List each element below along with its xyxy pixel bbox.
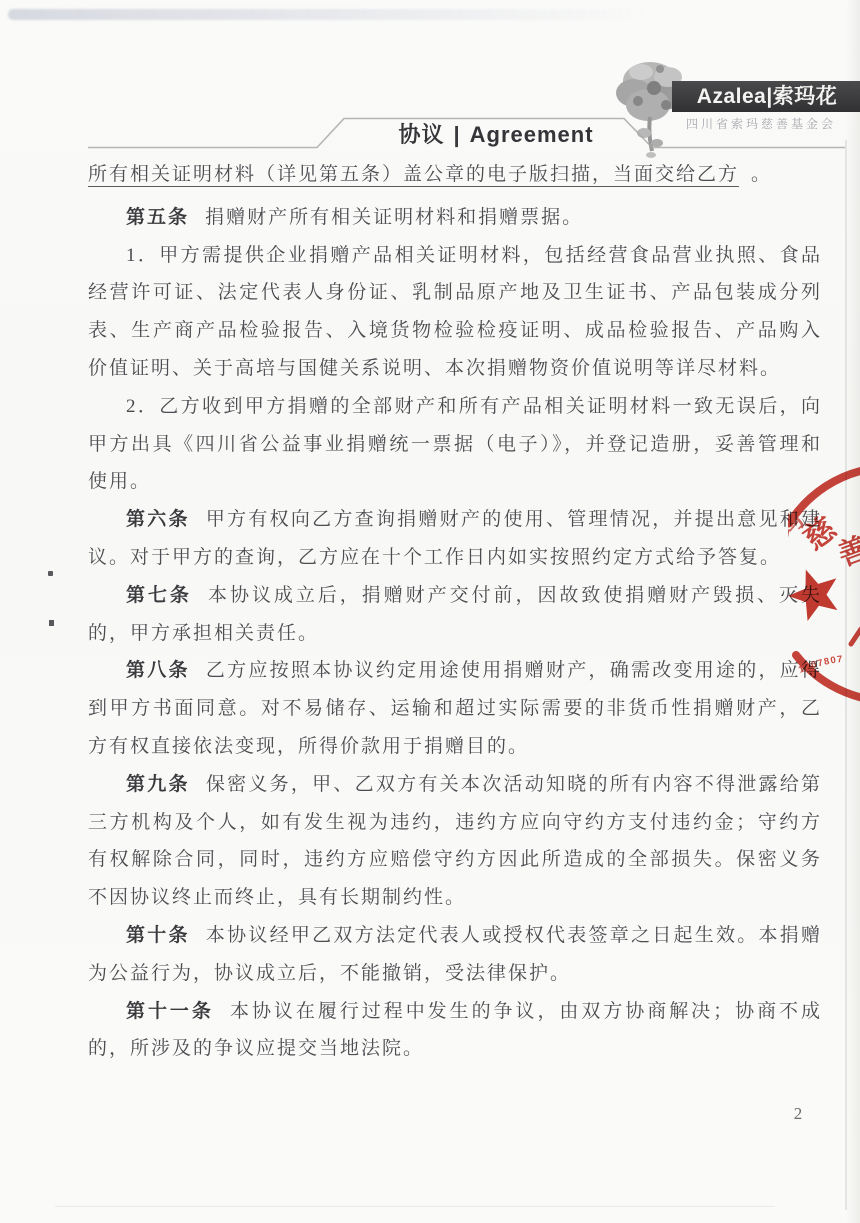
agreement-body: 所有相关证明材料（详见第五条）盖公章的电子版扫描，当面交给乙方。 第五条捐赠财产… [88, 156, 822, 1068]
binder-mark [48, 571, 53, 576]
page-title-zh: 协议 [398, 122, 444, 147]
clause-text: 捐赠财产所有相关证明材料和捐赠票据。 [205, 207, 583, 228]
clause-text: 乙方应按照本协议约定用途使用捐赠财产，确需改变用途的，应得到甲方书面同意。对不易… [88, 660, 822, 757]
clause-text: 甲方有权向乙方查询捐赠财产的使用、管理情况，并提出意见和建议。对于甲方的查询，乙… [88, 509, 822, 568]
continuation-period: 。 [751, 164, 772, 185]
clause-list: 第五条捐赠财产所有相关证明材料和捐赠票据。 1．甲方需提供企业捐赠产品相关证明材… [88, 199, 822, 1068]
page-title-separator: | [453, 122, 460, 147]
clause-number: 第九条 [126, 774, 190, 795]
continuation-underlined-text: 所有相关证明材料（详见第五条）盖公章的电子版扫描，当面交给乙方 [88, 164, 739, 185]
agreement-clause: 第六条甲方有权向乙方查询捐赠财产的使用、管理情况，并提出意见和建议。对于甲方的查… [88, 501, 822, 577]
agreement-clause: 第七条本协议成立后，捐赠财产交付前，因故致使捐赠财产毁损、灭失的，甲方承担相关责… [88, 577, 822, 653]
agreement-clause: 第十一条本协议在履行过程中发生的争议，由双方协商解决；协商不成的，所涉及的争议应… [88, 993, 822, 1069]
clause-number: 第六条 [126, 509, 190, 530]
scanned-agreement-page: Azalea|索玛花 四川省索玛慈善基金会 协议|Agreement 所有相关证… [0, 0, 860, 1223]
clause-number: 第八条 [126, 660, 190, 681]
agreement-clause: 第九条保密义务，甲、乙双方有关本次活动知晓的所有内容不得泄露给第三方机构及个人，… [88, 766, 822, 917]
clause-text: 本协议成立后，捐赠财产交付前，因故致使捐赠财产毁损、灭失的，甲方承担相关责任。 [88, 585, 822, 644]
scan-edge-shade [846, 0, 860, 1223]
binder-mark [49, 620, 54, 626]
clause-number: 第十条 [126, 925, 190, 946]
agreement-clause: 2．乙方收到甲方捐赠的全部财产和所有产品相关证明材料一致无误后，向甲方出具《四川… [88, 388, 822, 501]
page-title: 协议|Agreement [353, 118, 639, 149]
page-title-en: Agreement [470, 122, 594, 147]
agreement-clause: 第五条捐赠财产所有相关证明材料和捐赠票据。 [88, 199, 822, 237]
agreement-clause: 1．甲方需提供企业捐赠产品相关证明材料，包括经营食品营业执照、食品经营许可证、法… [88, 237, 822, 388]
page-number: 2 [786, 1104, 810, 1124]
clause-number: 第十一条 [126, 1001, 214, 1022]
scan-edge-line-bottom [55, 1206, 775, 1207]
agreement-clause: 第十条本协议经甲乙双方法定代表人或授权代表签章之日起生效。本捐赠为公益行为，协议… [88, 917, 822, 993]
continuation-line: 所有相关证明材料（详见第五条）盖公章的电子版扫描，当面交给乙方。 [88, 156, 822, 194]
clause-text: 保密义务，甲、乙双方有关本次活动知晓的所有内容不得泄露给第三方机构及个人，如有发… [88, 774, 822, 908]
clause-text: 2．乙方收到甲方捐赠的全部财产和所有产品相关证明材料一致无误后，向甲方出具《四川… [88, 396, 822, 493]
clause-number: 第五条 [126, 207, 189, 228]
clause-text: 本协议经甲乙双方法定代表人或授权代表签章之日起生效。本捐赠为公益行为，协议成立后… [88, 925, 822, 984]
clause-text: 1．甲方需提供企业捐赠产品相关证明材料，包括经营食品营业执照、食品经营许可证、法… [88, 245, 822, 379]
clause-number: 第七条 [126, 585, 192, 606]
agreement-clause: 第八条乙方应按照本协议约定用途使用捐赠财产，确需改变用途的，应得到甲方书面同意。… [88, 652, 822, 765]
